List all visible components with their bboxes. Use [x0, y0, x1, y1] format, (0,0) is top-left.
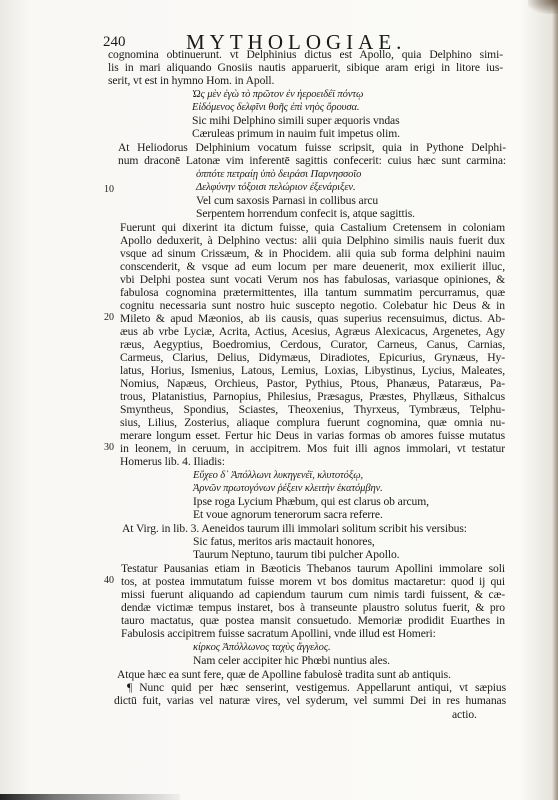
- margin-line-number: 20: [104, 312, 114, 323]
- greek-verse-line: Εὔχεο δ᾽ Ἀπόλλωνι λυκηγενέϊ, κλυτοτόξῳ,: [193, 469, 363, 482]
- text-line: Homerus lib. 4. Iliadis:: [120, 455, 225, 468]
- text-line: actio.: [452, 708, 477, 721]
- text-line: Sic mihi Delphino simili super æquoris v…: [192, 114, 400, 127]
- text-line: Vel cum saxosis Parnasi in collibus arcu: [196, 194, 378, 207]
- greek-verse-line: Ἀρνῶν πρωτογόνων ῥέξειν κλειτὴν ἑκατόμβη…: [193, 482, 383, 495]
- text-line: vsque ad sinum Crissæum, & in Phocidem. …: [120, 247, 505, 260]
- text-line: At Virg. in lib. 3. Aeneidos taurum illi…: [122, 522, 467, 535]
- text-line: dictū fuit, varias vel naturæ vires, vel…: [114, 694, 506, 707]
- text-line: Apollo deduxerit, à Delphino vectus: ali…: [120, 234, 505, 247]
- text-line: Fuerunt qui dixerint ita dictum fuisse, …: [120, 221, 505, 234]
- text-line: Mileto & apud Mæonios, ab iis causis, qu…: [120, 312, 505, 325]
- text-line: Fabulosis accipitrem fuisse sacratum Apo…: [121, 627, 436, 640]
- margin-line-number: 30: [104, 442, 114, 453]
- text-line: cognomina obtinuerunt. vt Delphinius dic…: [108, 48, 503, 61]
- text-line: merare longum esset. Fertur hic Deus in …: [120, 429, 505, 442]
- greek-verse-line: κίρκος Ἀπόλλωνος ταχὺς ἄγγελος.: [193, 641, 331, 654]
- text-line: in leonem, in ceruum, in accipitrem. Mos…: [120, 442, 505, 455]
- text-line: Carmeus, Clarius, Delius, Didymæus, Dira…: [120, 351, 505, 364]
- margin-line-number: 10: [104, 184, 114, 195]
- text-line: lis in mari aliquando Gnosiis nautis app…: [108, 61, 503, 74]
- text-line: Smyntheus, Spondius, Sciastes, Theoxeniu…: [120, 403, 505, 416]
- margin-line-number: 40: [104, 575, 114, 586]
- text-line: At Heliodorus Delphinium vocatum fuisse …: [118, 141, 506, 154]
- text-line: sius, Lilius, Zosterius, aliaque complur…: [120, 416, 505, 429]
- greek-verse-line: ὁππότε πετραίῃ ὑπὸ δειράσι Παρνησσοῖο: [196, 168, 361, 181]
- text-line: missi fuerunt aliquando ad capiendum tau…: [121, 588, 505, 601]
- text-line: Testatur Pausanias etiam in Bæoticis The…: [121, 562, 505, 575]
- greek-verse-line: Ὡς μὲν ἐγὼ τὸ πρῶτον ἐν ἠεροειδέϊ πόντῳ: [192, 88, 363, 101]
- text-line: dendæ victimæ tempus instaret, bos à tra…: [121, 601, 505, 614]
- text-line: tos, at postea immutatum fuisse morem vt…: [121, 575, 505, 588]
- text-line: serit, vt est in hymno Hom. in Apoll.: [108, 74, 274, 87]
- greek-verse-line: Εἰδόμενος δελφῖνι θοῆς ἐπὶ νηὸς ὄρουσα.: [192, 101, 359, 114]
- text-line: ¶ Nunc quid per hæc senserint, vestigemu…: [127, 681, 506, 694]
- text-line: Et voue agnorum tenerorum sacra referre.: [193, 508, 383, 521]
- text-line: Taurum Neptuno, taurum tibi pulcher Apol…: [193, 548, 399, 561]
- text-line: Ipse roga Lycium Phæbum, qui est clarus …: [193, 495, 429, 508]
- text-line: Sic fatus, meritos aris mactauit honores…: [193, 535, 375, 548]
- text-line: trous, Platanistius, Parnopius, Philesiu…: [120, 390, 505, 403]
- text-line: latus, Horius, Ismenius, Latous, Lemius,…: [120, 364, 505, 377]
- text-line: ræus, Aegyptius, Boedromius, Cerdous, Cu…: [120, 338, 505, 351]
- text-line: Atque hæc ea sunt fere, quæ de Apolline …: [117, 668, 451, 681]
- text-line: æus ab vrbe Lyciæ, Acrita, Actius, Acesi…: [120, 325, 505, 338]
- text-line: conscenderit, & vsque ad eum locum per m…: [120, 260, 505, 273]
- text-line: cognitu necessaria sunt nostro huic susc…: [120, 299, 505, 312]
- page-corner-shadow: [528, 0, 558, 14]
- text-line: Serpentem horrendum confecit is, atque s…: [196, 207, 415, 220]
- text-line: vbi Delphi postea sunt vocati Verum nos …: [120, 273, 505, 286]
- book-page: 240 MYTHOLOGIAE. 10 20 30 40 cognomina o…: [0, 0, 558, 800]
- greek-verse-line: Δελφύνην τόξοισι πελώριον ἐξενάριξεν.: [196, 181, 355, 194]
- text-line: num draconē Latonæ vim inferentē sagitti…: [118, 154, 506, 167]
- text-line: fabulosa cognomina prætermittentes, illa…: [120, 286, 505, 299]
- text-line: Cæruleas primum in nauim fuit impetus ol…: [192, 127, 400, 140]
- page-bottom-shadow: [0, 794, 180, 800]
- text-line: Nam celer accipiter hic Phœbi nuntius al…: [193, 654, 390, 667]
- text-line: Nomius, Napæus, Orchieus, Pastor, Pythiu…: [120, 377, 505, 390]
- text-line: tauro mactatus, quæ postea mansit consue…: [121, 614, 505, 627]
